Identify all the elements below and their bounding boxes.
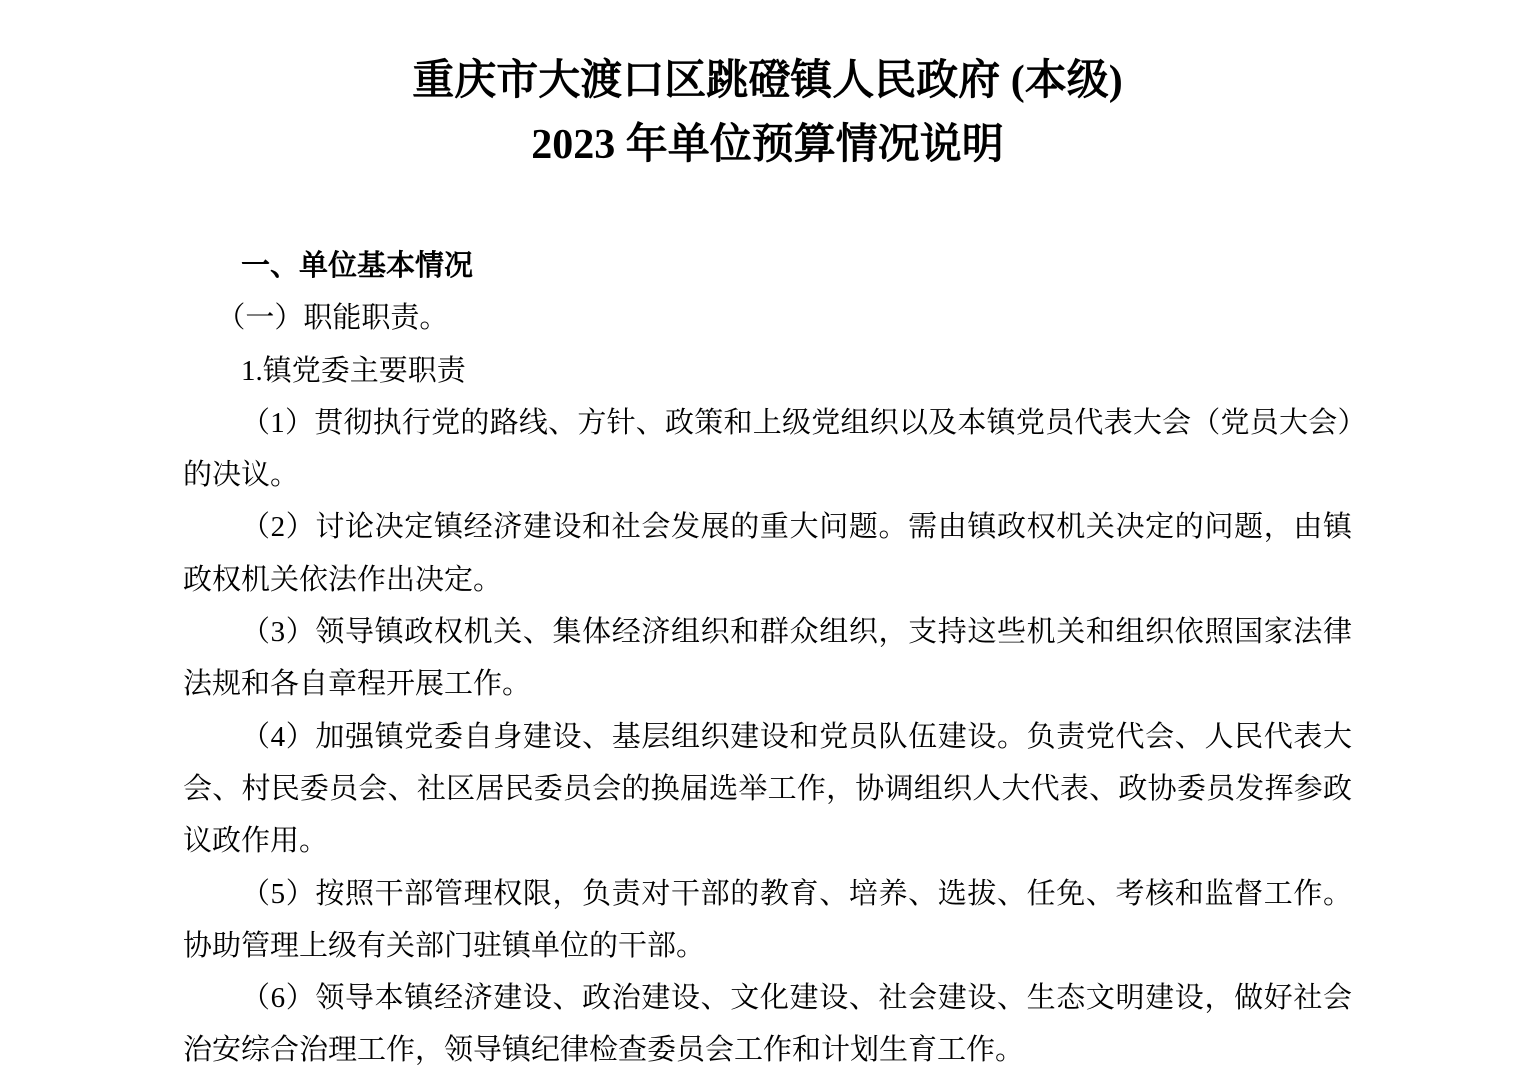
paragraph-duty-4: （4）加强镇党委自身建设、基层组织建设和党员队伍建设。负责党代会、人民代表大会、… — [183, 711, 1352, 868]
subheading-party-committee-duties: 1.镇党委主要职责 — [183, 345, 1352, 397]
section-heading-basic-info: 一、单位基本情况 — [183, 240, 1352, 292]
paragraph-duty-6: （6）领导本镇经济建设、政治建设、文化建设、社会建设、生态文明建设，做好社会治安… — [183, 972, 1352, 1074]
document-page: 重庆市大渡口区跳磴镇人民政府 (本级) 2023 年单位预算情况说明 一、单位基… — [0, 0, 1520, 1074]
paragraph-duty-1: （1）贯彻执行党的路线、方针、政策和上级党组织以及本镇党员代表大会（党员大会）的… — [183, 397, 1352, 502]
document-title-line1: 重庆市大渡口区跳磴镇人民政府 (本级) — [183, 49, 1352, 113]
document-title-line2: 2023 年单位预算情况说明 — [183, 113, 1352, 177]
paragraph-duty-3: （3）领导镇政权机关、集体经济组织和群众组织，支持这些机关和组织依照国家法律法规… — [183, 606, 1352, 711]
subsection-heading-functions-duties: （一）职能职责。 — [183, 292, 1352, 344]
paragraph-duty-5: （5）按照干部管理权限，负责对干部的教育、培养、选拔、任免、考核和监督工作。协助… — [183, 868, 1352, 973]
paragraph-duty-2: （2）讨论决定镇经济建设和社会发展的重大问题。需由镇政权机关决定的问题，由镇政权… — [183, 501, 1352, 606]
